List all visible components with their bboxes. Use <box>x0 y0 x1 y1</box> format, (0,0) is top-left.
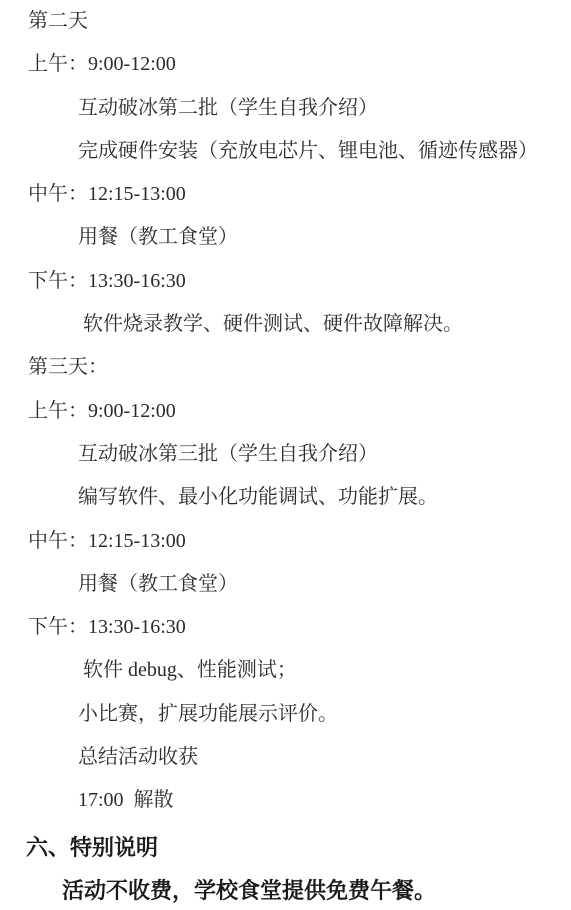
schedule-document: 第二天 上午：9:00-12:00 互动破冰第二批（学生自我介绍） 完成硬件安装… <box>0 0 571 910</box>
day3-afternoon-item-3: 总结活动收获 <box>0 736 571 779</box>
day3-afternoon-item-1: 软件 debug、性能测试； <box>0 649 571 692</box>
day3-morning-item-2: 编写软件、最小化功能调试、功能扩展。 <box>0 476 571 519</box>
day3-morning-item-1: 互动破冰第三批（学生自我介绍） <box>0 433 571 476</box>
day3-section: 第三天： 上午：9:00-12:00 互动破冰第三批（学生自我介绍） 编写软件、… <box>0 346 571 822</box>
day2-morning-item-1: 互动破冰第二批（学生自我介绍） <box>0 87 571 130</box>
day3-afternoon-item-4: 17:00 解散 <box>0 779 571 822</box>
day2-noon-item-1: 用餐（教工食堂） <box>0 216 571 259</box>
day2-morning-time: 上午：9:00-12:00 <box>0 43 571 86</box>
day2-afternoon-time: 下午：13:30-16:30 <box>0 260 571 303</box>
day2-section: 第二天 上午：9:00-12:00 互动破冰第二批（学生自我介绍） 完成硬件安装… <box>0 0 571 346</box>
day2-heading: 第二天 <box>0 0 571 43</box>
day2-noon-time: 中午：12:15-13:00 <box>0 173 571 216</box>
day3-heading: 第三天： <box>0 346 571 389</box>
day2-morning-item-2: 完成硬件安装（充放电芯片、锂电池、循迹传感器） <box>0 130 571 173</box>
day3-morning-time: 上午：9:00-12:00 <box>0 390 571 433</box>
special-note-item-1: 活动不收费，学校食堂提供免费午餐。 <box>0 869 571 910</box>
day3-noon-item-1: 用餐（教工食堂） <box>0 563 571 606</box>
special-note-section: 六、特别说明 活动不收费，学校食堂提供免费午餐。 <box>0 826 571 910</box>
day2-afternoon-item-1: 软件烧录教学、硬件测试、硬件故障解决。 <box>0 303 571 346</box>
day3-afternoon-time: 下午：13:30-16:30 <box>0 606 571 649</box>
day3-noon-time: 中午：12:15-13:00 <box>0 520 571 563</box>
document-page: 第二天 上午：9:00-12:00 互动破冰第二批（学生自我介绍） 完成硬件安装… <box>0 0 571 910</box>
day3-afternoon-item-2: 小比赛，扩展功能展示评价。 <box>0 693 571 736</box>
special-note-heading: 六、特别说明 <box>0 826 571 869</box>
